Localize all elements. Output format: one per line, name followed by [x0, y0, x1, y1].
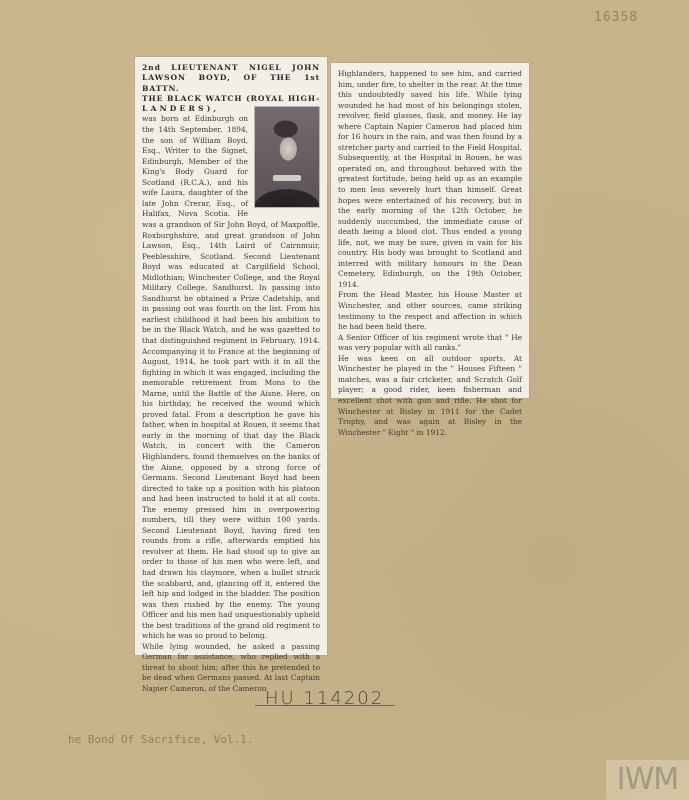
heading-line-2: LAWSON BOYD, OF THE 1st BATTN. [142, 73, 320, 94]
source-caption: he Bond Of Sacrifice, Vol.1. [68, 733, 253, 746]
heading-line-1: 2nd LIEUTENANT NIGEL JOHN [142, 63, 320, 73]
heading-line-3: THE BLACK WATCH (ROYAL HIGH- [142, 94, 320, 104]
iwm-watermark: IWM [606, 760, 689, 800]
accession-number: 16358 [594, 10, 638, 25]
continuation-paragraph-4: He was keen on all outdoor sports. At Wi… [338, 354, 522, 438]
continuation-paragraph-1: Highlanders, happened to see him, and ca… [338, 69, 522, 290]
left-newspaper-clipping: 2nd LIEUTENANT NIGEL JOHN LAWSON BOYD, O… [135, 57, 327, 655]
right-clipping-text: Highlanders, happened to see him, and ca… [338, 69, 522, 438]
continuation-paragraph-2: From the Head Master, his House Master a… [338, 290, 522, 332]
continuation-paragraph-3: A Senior Officer of his regiment wrote t… [338, 333, 522, 354]
right-newspaper-clipping: Highlanders, happened to see him, and ca… [331, 63, 529, 398]
biography-paragraph-2: While lying wounded, he asked a passing … [142, 642, 320, 695]
left-clipping-text: 2nd LIEUTENANT NIGEL JOHN LAWSON BOYD, O… [142, 63, 320, 695]
uniform-collar [273, 175, 301, 181]
portrait-photo [254, 106, 320, 208]
reference-underline [255, 705, 395, 706]
